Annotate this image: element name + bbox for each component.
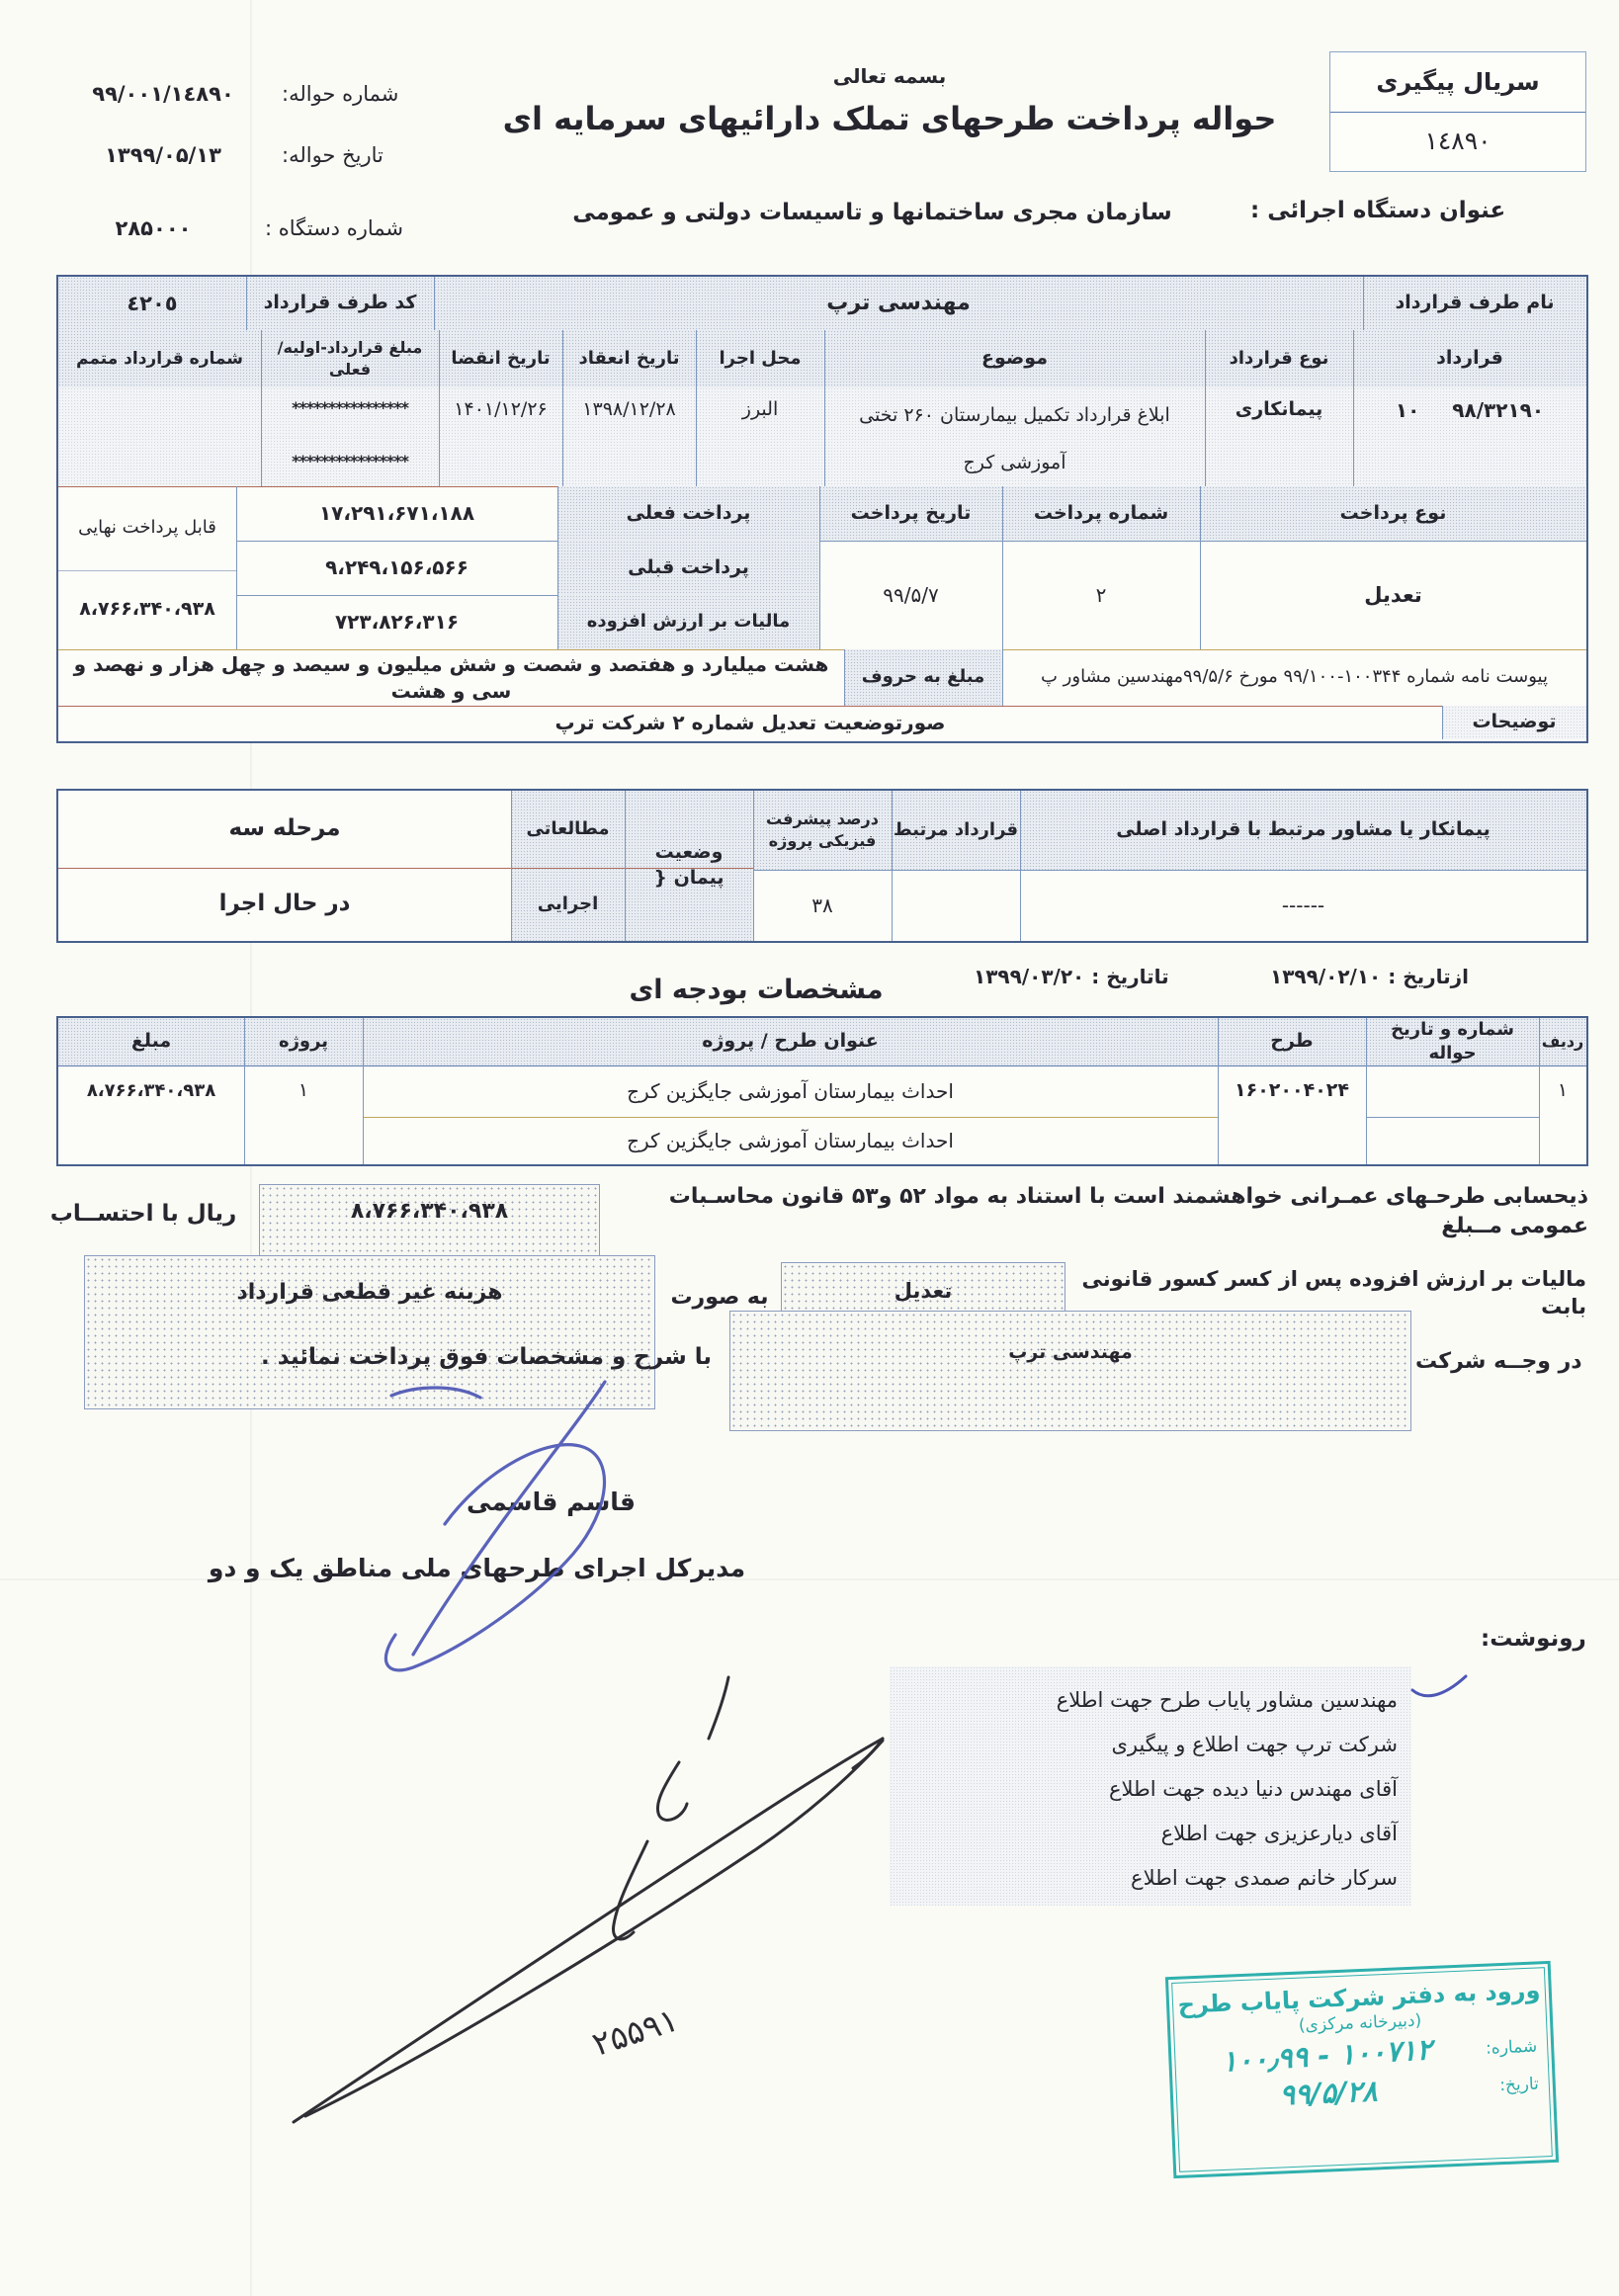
payee-box: مهندسی ترپ xyxy=(729,1311,1411,1431)
payment-type-header: نوع پرداخت xyxy=(1200,486,1586,541)
contract-type-value: پیمانکاری xyxy=(1205,387,1353,486)
party-name-value: مهندسی ترپ xyxy=(434,277,1363,330)
location-header: محل اجرا xyxy=(696,330,824,387)
party-name-header: نام طرف قرارداد xyxy=(1363,277,1586,330)
notes-label: توضیحات xyxy=(1442,706,1586,739)
budget-col-project: پروژه xyxy=(244,1018,363,1065)
progress-header: درصد پیشرفت فیزیکی پروژه xyxy=(753,791,892,870)
directive-line1-right: ذیحسابی طرحـهای عمـرانی خواهشمند است با … xyxy=(605,1194,1588,1230)
copies-item-2: شرکت ترپ جهت اطلاع و پیگیری xyxy=(890,1723,1398,1767)
related-contract-header: قرارداد مرتبط xyxy=(892,791,1020,870)
budget-row2-title: احداث بیمارستان آموزشی جایگزین کرج xyxy=(363,1117,1218,1164)
vat-label: مالیات بر ارزش افزوده xyxy=(557,595,819,649)
amount-words-label: مبلغ به حروف xyxy=(844,649,1002,706)
party-code-value: ٤٢٠٥ xyxy=(58,277,246,330)
payment-date-value: ۹۹/۵/۷ xyxy=(819,541,1002,649)
phase-value: مرحله سه xyxy=(58,791,511,868)
stamp-line2: (دبیرخانه مرکزی) xyxy=(1299,2010,1422,2035)
payment-type-value: تعدیل xyxy=(1200,541,1586,649)
stamp-date-label: تاریخ: xyxy=(1469,2075,1539,2097)
supplement-no-header: شماره قرارداد متمم xyxy=(58,330,261,387)
directive-line2-mid: به صورت xyxy=(664,1281,775,1315)
progress-value: ۳۸ xyxy=(753,870,892,941)
status-table: پیمانکار یا مشاور مرتبط با قرارداد اصلی … xyxy=(56,789,1588,943)
expiry-date-header: تاریخ انقضا xyxy=(439,330,562,387)
payment-date-header: تاریخ پرداخت xyxy=(819,486,1002,541)
location-value: البرز xyxy=(696,387,824,486)
tracking-serial-label: سریال پیگیری xyxy=(1330,52,1585,112)
budget-col-amount: مبلغ xyxy=(58,1018,244,1065)
budget-col-row: ردیف xyxy=(1539,1018,1586,1065)
contract-type-header: نوع قرارداد xyxy=(1205,330,1353,387)
from-date: ازتاریخ : ۱۳۹۹/۰۲/۱۰ xyxy=(1270,961,1576,992)
state-value: در حال اجرا xyxy=(58,868,511,941)
budget-col-title: عنوان طرح / پروژه xyxy=(363,1018,1218,1065)
previous-payment-value: ۹،۲۴۹،۱۵۶،۵۶۶ xyxy=(236,541,557,595)
agency-name: سازمان مجری ساختمانها و تاسیسات دولتی و … xyxy=(544,196,1201,231)
havale-number-value: ۹۹/۰۰۱/۱٤۸۹۰ xyxy=(54,77,272,111)
notes-value: صورتوضعیت تعدیل شماره ۲ شرکت ترپ xyxy=(58,706,1442,739)
budget-table: ردیف شماره و تاریخ حواله طرح عنوان طرح /… xyxy=(56,1016,1588,1166)
final-payable-value: ۸،۷۶۶،۳۴۰،۹۳۸ xyxy=(58,570,236,649)
budget-row-amount: ۸،۷۶۶،۳۴۰،۹۳۸ xyxy=(58,1065,244,1117)
handwritten-scribble xyxy=(222,1636,944,2140)
to-date: تاتاریخ : ۱۳۹۹/۰۳/۲۰ xyxy=(974,961,1260,992)
payment-no-value: ۲ xyxy=(1002,541,1200,649)
sign-date-value: ۱۳۹۸/۱۲/۲۸ xyxy=(562,387,696,486)
contract-amount-masked-1: **************** xyxy=(261,387,439,437)
copies-item-3: آقای مهندس دنیا دیده جهت اطلاع xyxy=(890,1767,1398,1812)
directive-line2-right: مالیات بر ارزش افزوده پس از کسر کسور قان… xyxy=(1065,1275,1586,1311)
bismillah: بسمه تعالی xyxy=(791,61,988,91)
havale-number-label: شماره حواله: xyxy=(282,77,440,111)
budget-row-project: ۱ xyxy=(244,1065,363,1117)
budget-col-plan: طرح xyxy=(1218,1018,1366,1065)
incoming-registry-stamp: ورود به دفتر شرکت پایاب طرح (دبیرخانه مر… xyxy=(1165,1961,1559,2178)
copies-item-4: آقای دیارعزیزی جهت اطلاع xyxy=(890,1812,1398,1856)
copies-item-1: مهندسین مشاور پایاب طرح جهت اطلاع xyxy=(890,1678,1398,1723)
amount-words-value: هشت میلیارد و هفتصد و شصت و شش میلیون و … xyxy=(58,649,844,706)
contract-amount-masked-2: **************** xyxy=(261,437,439,486)
contract-no-header: قرارداد xyxy=(1353,330,1586,387)
vat-value: ۷۲۳،۸۲۶،۳۱۶ xyxy=(236,595,557,649)
attachment-note: پیوست نامه شماره ۱۰۰۳۴۴-۹۹/۱۰۰ مورخ ۹۹/۵… xyxy=(1002,649,1586,706)
havale-date-label: تاریخ حواله: xyxy=(282,138,440,172)
tracking-serial-box: سریال پیگیری ١٤٨٩٠ xyxy=(1329,51,1586,172)
directive-line3-left: با شرح و مشخصات فوق پرداخت نمائید . xyxy=(259,1340,714,1376)
subject-value: ابلاغ قرارداد تکمیل بیمارستان ۲۶۰ تختی آ… xyxy=(824,387,1205,486)
contract-status-label: وضعیت پیمان { xyxy=(625,791,753,941)
directive-line3-right: در وجــه شرکت xyxy=(1415,1344,1588,1380)
directive-line1-left: ریال با احتســاب xyxy=(35,1198,252,1232)
budget-col-havale: شماره و تاریخ حواله xyxy=(1366,1018,1539,1065)
havale-date-value: ۱۳۹۹/۰۵/۱۳ xyxy=(54,138,272,172)
payment-no-header: شماره پرداخت xyxy=(1002,486,1200,541)
sign-date-header: تاریخ انعقاد xyxy=(562,330,696,387)
related-party-header: پیمانکار یا مشاور مرتبط با قرارداد اصلی xyxy=(1020,791,1586,870)
copies-item-5: سرکار خانم صمدی جهت اطلاع xyxy=(890,1856,1398,1901)
tracking-serial-value: ١٤٨٩٠ xyxy=(1330,112,1585,171)
status-study-label: مطالعاتی xyxy=(511,791,625,868)
contract-payment-table: نام طرف قرارداد مهندسی ترپ کد طرف قراردا… xyxy=(56,275,1588,743)
final-payable-label: قابل پرداخت نهایی xyxy=(58,486,236,570)
pen-checkmark xyxy=(1408,1670,1472,1706)
copies-list: مهندسین مشاور پایاب طرح جهت اطلاع شرکت ت… xyxy=(890,1666,1411,1906)
contract-no-value: ۱۰ ۹۸/۳۲۱۹۰ xyxy=(1353,387,1586,486)
expiry-date-value: ۱۴۰۱/۱۲/۲۶ xyxy=(439,387,562,486)
copies-label: رونوشت: xyxy=(1481,1623,1589,1657)
device-number-value: ۲۸۵۰۰۰ xyxy=(54,212,252,245)
party-code-header: کد طرف قرارداد xyxy=(246,277,434,330)
stamp-number-label: شماره: xyxy=(1468,2037,1538,2060)
previous-payment-label: پرداخت قبلی xyxy=(557,541,819,595)
status-exec-label: اجرایی xyxy=(511,868,625,941)
budget-section-title: مشخصات بودجه ای xyxy=(588,971,924,1010)
agency-label: عنوان دستگاه اجرائی : xyxy=(1250,194,1586,229)
supplement-no-value xyxy=(58,387,261,486)
budget-row-no: ۱ xyxy=(1539,1065,1586,1117)
scanned-payment-order-document: سریال پیگیری ١٤٨٩٠ بسمه تعالی حواله پردا… xyxy=(0,0,1619,2296)
budget-row-title: احداث بیمارستان آموزشی جایگزین کرج xyxy=(363,1065,1218,1117)
contract-amount-header: مبلغ قرارداد-اولیه/فعلی xyxy=(261,330,439,387)
budget-row-plan: ۱۶۰۲۰۰۴۰۲۴ xyxy=(1218,1065,1366,1117)
device-number-label: شماره دستگاه : xyxy=(265,212,443,245)
document-title: حواله پرداخت طرحهای تملک دارائیهای سرمای… xyxy=(484,97,1295,142)
current-payment-value: ۱۷،۲۹۱،۶۷۱،۱۸۸ xyxy=(236,486,557,541)
subject-header: موضوع xyxy=(824,330,1205,387)
related-party-value: ------ xyxy=(1020,870,1586,941)
current-payment-label: پرداخت فعلی xyxy=(557,486,819,541)
